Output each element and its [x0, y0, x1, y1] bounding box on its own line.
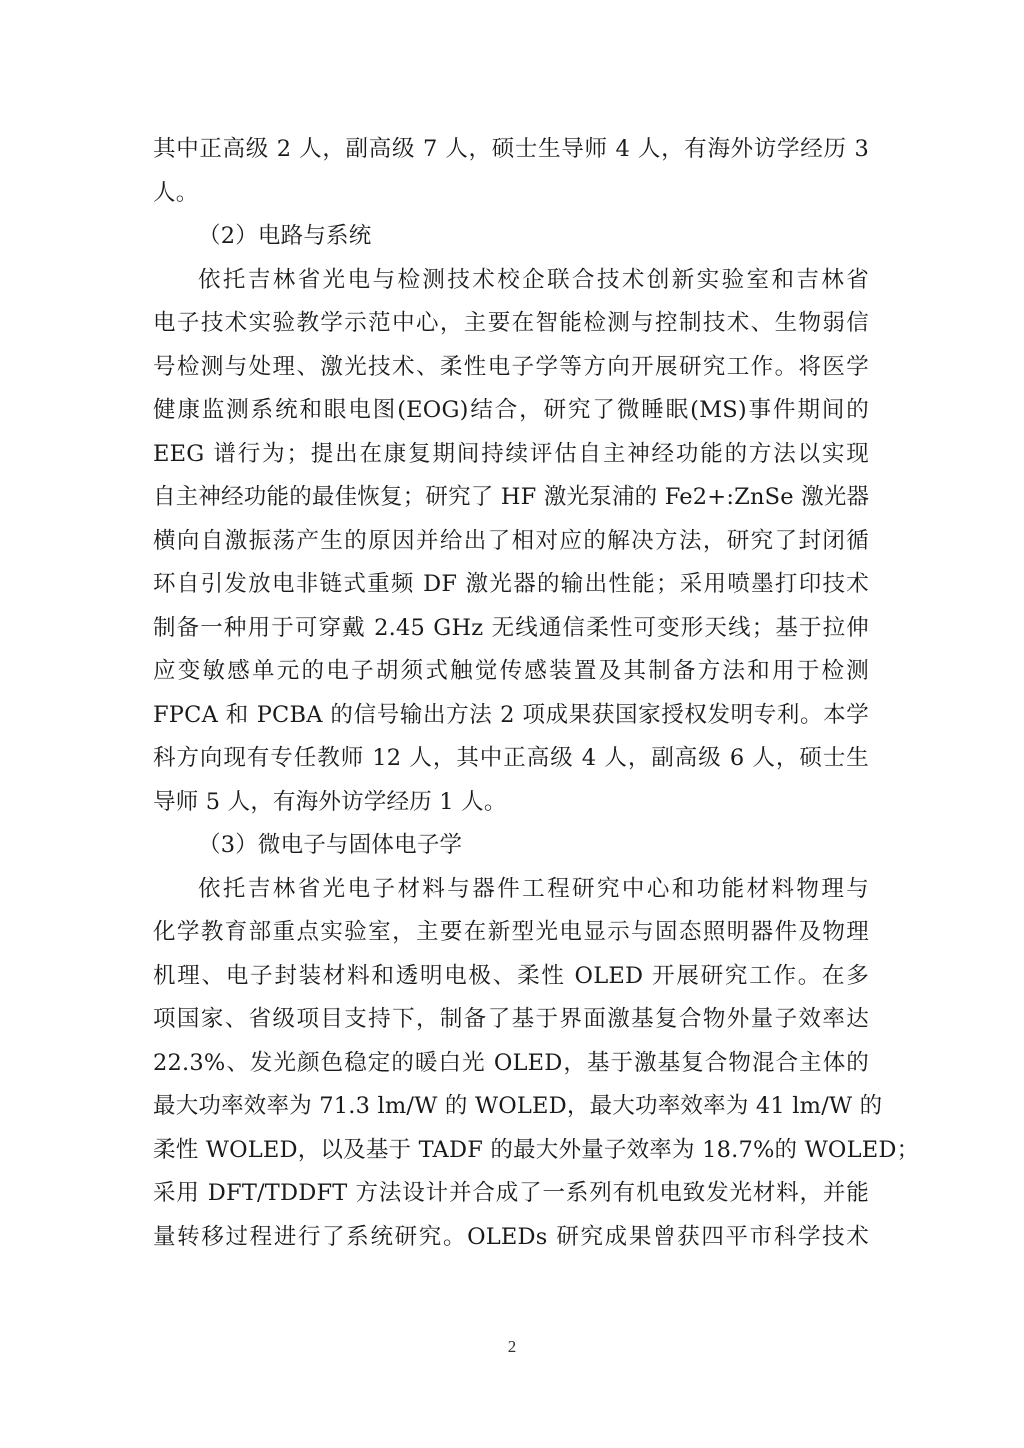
text-line: 号检测与处理、激光技术、柔性电子学等方向开展研究工作。将医学: [153, 346, 869, 390]
text-line: 导师 5 人，有海外访学经历 1 人。: [153, 781, 869, 825]
text-line: 科方向现有专任教师 12 人，其中正高级 4 人，副高级 6 人，硕士生: [153, 737, 869, 781]
page-number: 2: [0, 1337, 1024, 1357]
paragraph-start: 依托吉林省光电与检测技术校企联合技术创新实验室和吉林省: [153, 259, 869, 303]
text-line: 化学教育部重点实验室，主要在新型光电显示与固态照明器件及物理: [153, 911, 869, 955]
text-line: 柔性 WOLED，以及基于 TADF 的最大外量子效率为 18.7%的 WOLE…: [153, 1129, 869, 1173]
text-line: 其中正高级 2 人，副高级 7 人，硕士生导师 4 人，有海外访学经历 3: [153, 128, 869, 172]
text-line: 项国家、省级项目支持下，制备了基于界面激基复合物外量子效率达: [153, 998, 869, 1042]
body-text: 其中正高级 2 人，副高级 7 人，硕士生导师 4 人，有海外访学经历 3 人。…: [153, 128, 869, 1259]
text-line: 采用 DFT/TDDFT 方法设计并合成了一系列有机电致发光材料，并能: [153, 1172, 869, 1216]
text-line: 量转移过程进行了系统研究。OLEDs 研究成果曾获四平市科学技术: [153, 1216, 869, 1260]
document-page: 其中正高级 2 人，副高级 7 人，硕士生导师 4 人，有海外访学经历 3 人。…: [0, 0, 1024, 1448]
text-line: 环自引发放电非链式重频 DF 激光器的输出性能；采用喷墨打印技术: [153, 563, 869, 607]
text-line: EEG 谱行为；提出在康复期间持续评估自主神经功能的方法以实现: [153, 433, 869, 477]
section-heading-microelectronics: （3）微电子与固体电子学: [153, 824, 869, 868]
text-line: 制备一种用于可穿戴 2.45 GHz 无线通信柔性可变形天线；基于拉伸: [153, 607, 869, 651]
text-line: 电子技术实验教学示范中心，主要在智能检测与控制技术、生物弱信: [153, 302, 869, 346]
text-line: 自主神经功能的最佳恢复；研究了 HF 激光泵浦的 Fe2+:ZnSe 激光器: [153, 476, 869, 520]
text-line: 应变敏感单元的电子胡须式触觉传感装置及其制备方法和用于检测: [153, 650, 869, 694]
text-line: 横向自激振荡产生的原因并给出了相对应的解决方法，研究了封闭循: [153, 520, 869, 564]
text-line: 健康监测系统和眼电图(EOG)结合，研究了微睡眠(MS)事件期间的: [153, 389, 869, 433]
text-line: 22.3%、发光颜色稳定的暖白光 OLED，基于激基复合物混合主体的: [153, 1042, 869, 1086]
text-line: 机理、电子封装材料和透明电极、柔性 OLED 开展研究工作。在多: [153, 955, 869, 999]
text-line: 最大功率效率为 71.3 lm/W 的 WOLED，最大功率效率为 41 lm/…: [153, 1085, 869, 1129]
paragraph-start: 依托吉林省光电子材料与器件工程研究中心和功能材料物理与: [153, 868, 869, 912]
section-heading-circuits-systems: （2）电路与系统: [153, 215, 869, 259]
text-line: 人。: [153, 172, 869, 216]
text-line: FPCA 和 PCBA 的信号输出方法 2 项成果获国家授权发明专利。本学: [153, 694, 869, 738]
